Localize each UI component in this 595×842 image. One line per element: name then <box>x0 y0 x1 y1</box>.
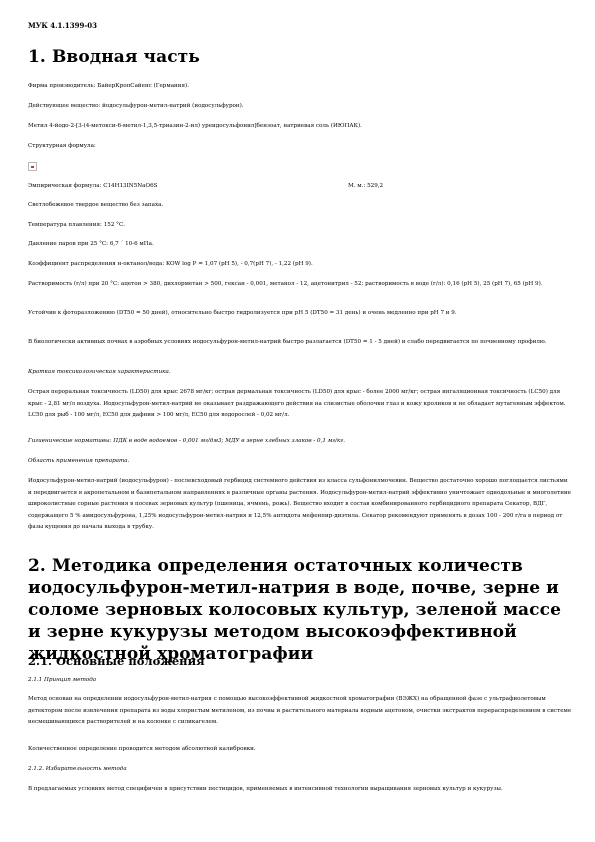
appearance-text: Светлобежевое твердое вещество без запах… <box>28 200 573 212</box>
chemical-name-text: Метил 4-йодо-2-[3-(4-метокси-6-метил-1,3… <box>28 121 573 133</box>
vapor-pressure-text: Давление паров при 25 °С: 6,7 ´ 10-6 мПа… <box>28 239 573 251</box>
manufacturer-text: Фирма производитель: БайерКропСайенс (Ге… <box>28 81 573 93</box>
document-code: МУК 4.1.1399-03 <box>28 21 97 30</box>
quantitative-text: Количественное определение проводится ме… <box>28 744 573 756</box>
partition-coefficient-text: Коэффициент распределения н-октанол/вода… <box>28 259 573 271</box>
solubility-text: Растворимость (г/л) при 20 °С: ацетон > … <box>28 279 573 291</box>
toxicology-text: Острая пероральная токсичность (LD50) дл… <box>28 387 573 422</box>
section-2-1-title: 2.1. Основные положения <box>28 654 205 668</box>
hygiene-norms-text: Гигиенические нормативы: ПДК в воде водо… <box>28 436 573 448</box>
application-heading: Область применения препарата. <box>28 456 573 468</box>
application-text: Иодосульфурон-метил-натрий (иодосульфуро… <box>28 476 573 534</box>
soil-degradation-text: В биологически активных почвах в аэробны… <box>28 337 573 349</box>
section-2-title: 2. Методика определения остаточных колич… <box>28 555 573 665</box>
molar-mass-text: М. м.: 529,2 <box>348 181 383 193</box>
toxicology-heading: Краткая токсикологическая характеристика… <box>28 367 573 379</box>
active-substance-text: Действующее вещество: йодосульфурон-мети… <box>28 101 573 113</box>
principle-text: Метод основан на определении иодосульфур… <box>28 694 573 729</box>
section-1-title: 1. Вводная часть <box>28 46 200 68</box>
selectivity-text: В предлагаемых условиях метод специфичен… <box>28 784 573 796</box>
principle-heading: 2.1.1 Принцип метода <box>28 675 573 687</box>
broken-image-icon <box>28 162 37 171</box>
selectivity-heading: 2.1.2. Избирательность метода <box>28 764 573 776</box>
structural-formula-label: Структурная формула: <box>28 141 573 153</box>
melting-point-text: Температура плавления: 152 °С. <box>28 220 573 232</box>
empirical-formula-text: Эмпирическая формула: C14H13IN5NaO6S <box>28 181 328 193</box>
photolysis-text: Устойчив к фоторазложению (DT50 = 50 дне… <box>28 308 573 320</box>
